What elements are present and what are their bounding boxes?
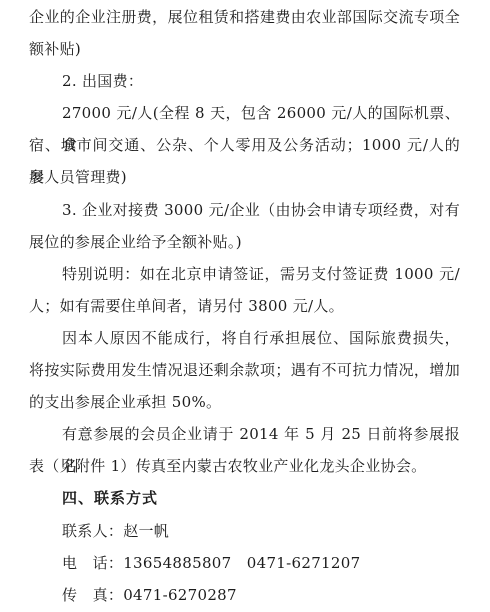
paragraph-line: 将按实际费用发生情况退还剩余款项；遇有不可抗力情况，增加 xyxy=(29,354,460,386)
contact-person-line: 联系人：赵一帆 xyxy=(29,515,460,547)
special-note-line: 人；如有需要住单间者，请另付 3800 元/人。 xyxy=(29,290,460,322)
paragraph-line: 27000 元/人(全程 8 天，包含 26000 元/人的国际机票、食 xyxy=(29,97,460,129)
document-page: 企业的企业注册费，展位租赁和搭建费由农业部国际交流专项全 额补贴) 2. 出国费… xyxy=(0,0,490,612)
section-title-contact: 四、联系方式 xyxy=(29,482,460,514)
registration-deadline-line: 表（见附件 1）传真至内蒙古农牧业产业化龙头企业协会。 xyxy=(29,450,460,482)
fax-line: 传 真：0471-6270287 xyxy=(29,579,460,611)
paragraph-line: 宿、城市间交通、公杂、个人零用及公务活动；1000 元/人的参 xyxy=(29,129,460,161)
paragraph-line: 展人员管理费) xyxy=(29,161,460,193)
paragraph-line: 展位的参展企业给予全额补贴。) xyxy=(29,226,460,258)
phone-line: 电 话：13654885807 0471-6271207 xyxy=(29,547,460,579)
paragraph-line: 因本人原因不能成行，将自行承担展位、国际旅费损失， xyxy=(29,322,460,354)
paragraph-line: 企业的企业注册费，展位租赁和搭建费由农业部国际交流专项全 xyxy=(29,1,460,33)
list-item-2-abroad-fee: 2. 出国费： xyxy=(29,65,460,97)
list-item-3-matching-fee: 3. 企业对接费 3000 元/企业（由协会申请专项经费，对有 xyxy=(29,194,460,226)
paragraph-line: 的支出参展企业承担 50%。 xyxy=(29,386,460,418)
special-note-line: 特别说明：如在北京申请签证，需另支付签证费 1000 元/ xyxy=(29,258,460,290)
paragraph-line: 额补贴) xyxy=(29,33,460,65)
registration-deadline-line: 有意参展的会员企业请于 2014 年 5 月 25 日前将参展报名 xyxy=(29,418,460,450)
